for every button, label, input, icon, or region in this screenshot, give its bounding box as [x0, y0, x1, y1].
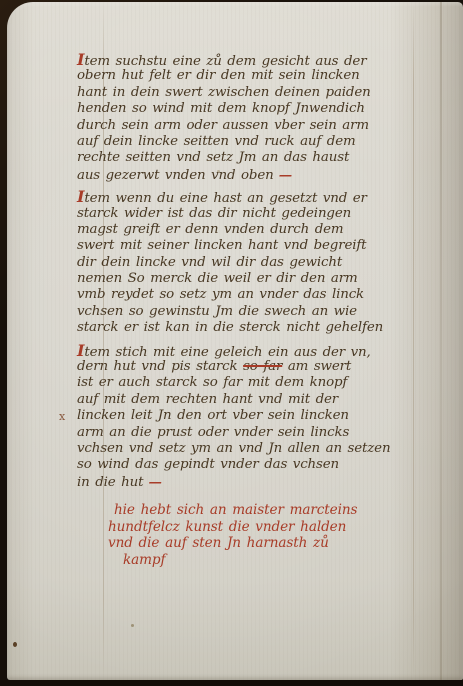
manuscript-line: nemen So merck die weil er dir den arm	[77, 271, 437, 287]
manuscript-line: vchsen so gewinstu Jm die swech an wie	[77, 304, 437, 320]
manuscript-line: lincken leit Jn den ort vber sein lincke…	[77, 408, 437, 424]
manuscript-line: rechte seitten vnd setz Jm an das haust	[77, 150, 437, 166]
manuscript-line: Item stich mit eine geleich ein aus der …	[77, 343, 437, 359]
manuscript-line: aus gezerwt vnden vnd oben —	[77, 167, 437, 183]
manuscript-line: so wind das gepindt vnder das vchsen	[77, 457, 437, 473]
page-fold-crease	[440, 2, 442, 680]
manuscript-line: auf dein lincke seitten vnd ruck auf dem	[77, 134, 437, 150]
manuscript-line: magst greift er denn vnden durch dem	[77, 222, 437, 238]
photo-background: Item suchstu eine zů dem gesicht aus der…	[0, 0, 463, 686]
text-block: Item suchstu eine zů dem gesicht aus der…	[77, 52, 437, 490]
rubric-line: vnd die auf sten Jn harnasth zů	[108, 535, 357, 552]
paragraph: Item wenn du eine hast an gesetzt vnd er…	[77, 189, 437, 337]
manuscript-line: dern hut vnd pis starck so far am swert	[77, 359, 437, 375]
margin-mark: x	[59, 410, 65, 423]
manuscript-line: vmb reydet so setz ym an vnder das linck	[77, 287, 437, 303]
manuscript-line: arm an die prust oder vnder sein lincks	[77, 425, 437, 441]
stain-speck	[13, 642, 17, 647]
manuscript-line: hant in dein swert zwischen deinen paide…	[77, 85, 437, 101]
manuscript-line: henden so wind mit dem knopf Jnwendich	[77, 101, 437, 117]
manuscript-line: obern hut felt er dir den mit sein linck…	[77, 68, 437, 84]
end-flourish: —	[274, 167, 292, 183]
manuscript-line: in die hut —	[77, 474, 437, 490]
manuscript-line: dir dein lincke vnd wil dir das gewicht	[77, 255, 437, 271]
manuscript-line: Item wenn du eine hast an gesetzt vnd er	[77, 189, 437, 205]
rubric-line: kampf	[108, 552, 357, 569]
manuscript-line: Item suchstu eine zů dem gesicht aus der	[77, 52, 437, 68]
rubric-line: hundtfelcz kunst die vnder halden	[108, 519, 357, 536]
manuscript-line: auf mit dem rechten hant vnd mit der	[77, 392, 437, 408]
paragraph: Item stich mit eine geleich ein aus der …	[77, 343, 437, 491]
struck-word: so far	[243, 359, 282, 374]
rubric-block: hie hebt sich an maister marcteinshundtf…	[108, 502, 357, 568]
manuscript-line: starck wider ist das dir nicht gedeingen	[77, 206, 437, 222]
stain-speck	[131, 624, 134, 627]
paragraph: Item suchstu eine zů dem gesicht aus der…	[77, 52, 437, 183]
end-flourish: —	[143, 474, 161, 490]
manuscript-line: swert mit seiner lincken hant vnd begrei…	[77, 238, 437, 254]
manuscript-line: starck er ist kan in die sterck nicht ge…	[77, 320, 437, 336]
rubric-line: hie hebt sich an maister marcteins	[108, 502, 357, 519]
manuscript-line: vchsen vnd setz ym an vnd Jn allen an se…	[77, 441, 437, 457]
manuscript-line: durch sein arm oder aussen vber sein arm	[77, 118, 437, 134]
manuscript-line: ist er auch starck so far mit dem knopf	[77, 375, 437, 391]
